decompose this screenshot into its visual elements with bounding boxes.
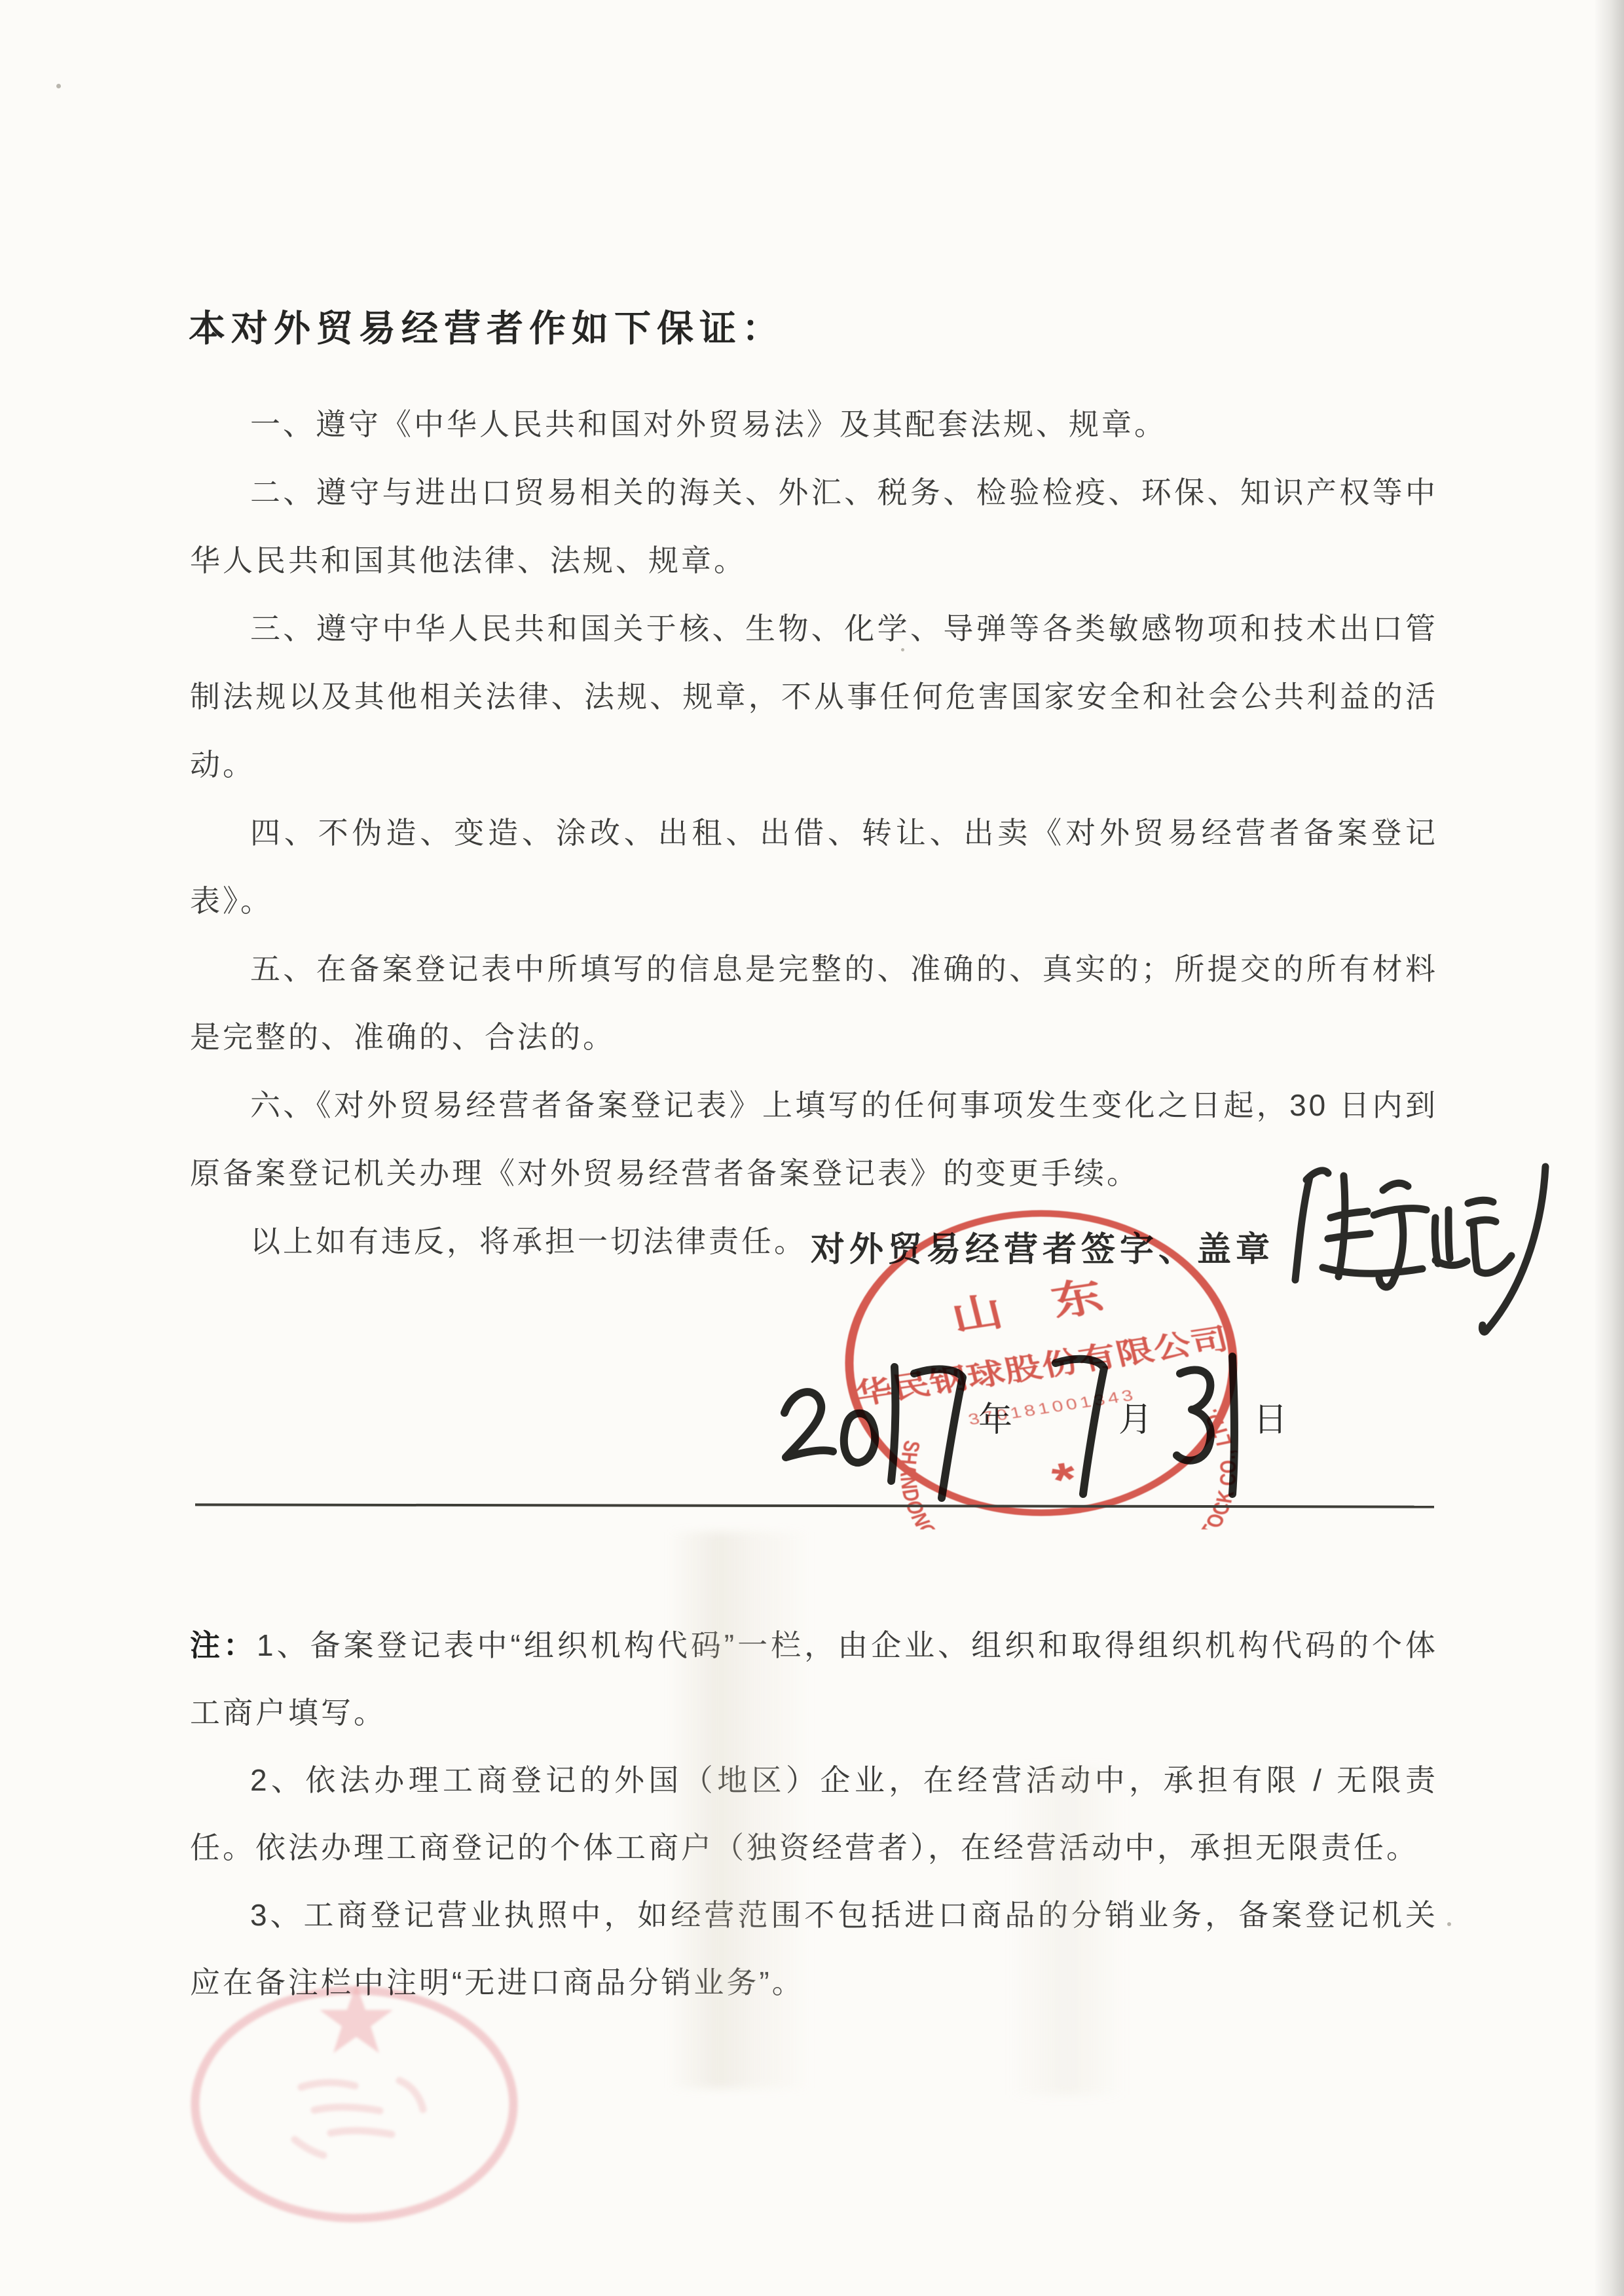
signature-stroke	[1323, 1267, 1422, 1273]
digit-stroke	[844, 1413, 875, 1463]
faint-seal-text-smudges	[295, 2081, 423, 2155]
scan-crease-shadow-2	[1008, 1768, 1126, 2095]
handwritten-month: 7	[1056, 1359, 1104, 1494]
note-label: 注：	[190, 1628, 257, 1662]
digit-stroke	[1177, 1370, 1211, 1461]
handwritten-signature: 侯宇岷	[1270, 1139, 1572, 1375]
handwritten-year: 2017	[784, 1367, 963, 1498]
pledge-item-1: 一、遵守《中华人民共和国对外贸易法》及其配套法规、规章。	[190, 390, 1438, 458]
note-item-2: 2、依法办理工商登记的外国（地区）企业，在经营活动中，承担有限 / 无限责任。依…	[190, 1747, 1438, 1882]
page-title: 本对外贸易经营者作如下保证：	[189, 300, 784, 352]
pledge-item-5: 五、在备案登记表中所填写的信息是完整的、准确的、真实的；所提交的所有材料是完整的…	[190, 935, 1438, 1071]
dust-speck	[56, 84, 61, 88]
signature-stroke	[1328, 1233, 1370, 1239]
faint-government-seal	[183, 1976, 550, 2264]
note-item-1-text: 1、备案登记表中“组织机构代码”一栏，由企业、组织和取得组织机构代码的个体工商户…	[190, 1628, 1438, 1730]
digit-stroke	[891, 1367, 895, 1481]
notes-section: 注：1、备案登记表中“组织机构代码”一栏，由企业、组织和取得组织机构代码的个体工…	[190, 1612, 1438, 2016]
pledge-item-2: 二、遵守与进出口贸易相关的海关、外汇、税务、检验检疫、环保、知识产权等中华人民共…	[190, 458, 1438, 594]
handwritten-date: 2017 7 31	[760, 1336, 1283, 1532]
digit-stroke	[784, 1392, 833, 1457]
digit-stroke	[1056, 1359, 1104, 1494]
signature-stroke	[1473, 1224, 1511, 1273]
scanned-document-page: 本对外贸易经营者作如下保证： 一、遵守《中华人民共和国对外贸易法》及其配套法规、…	[0, 0, 1624, 2296]
dust-speck	[901, 648, 904, 651]
digit-stroke	[914, 1369, 963, 1498]
handwritten-day: 31	[1177, 1357, 1234, 1494]
seal-region-text: 山 东	[946, 1273, 1107, 1339]
pledge-item-6: 六、《对外贸易经营者备案登记表》上填写的任何事项发生变化之日起，30 日内到原备…	[190, 1071, 1438, 1207]
pledge-item-4: 四、不伪造、变造、涂改、出租、出借、转让、出卖《对外贸易经营者备案登记表》。	[190, 799, 1438, 935]
signature-stroke	[1331, 1211, 1367, 1218]
pledge-item-3: 三、遵守中华人民共和国关于核、生物、化学、导弹等各类敏感物项和技术出口管制法规以…	[190, 594, 1438, 799]
scan-crease-shadow	[668, 1532, 812, 2088]
signature-stroke	[1338, 1176, 1345, 1277]
scan-edge-shadow	[1594, 0, 1624, 2296]
signature-stroke	[1435, 1218, 1438, 1264]
digit-stroke	[1232, 1357, 1234, 1494]
signature-stroke	[1383, 1183, 1408, 1190]
signature-stroke	[1295, 1177, 1310, 1280]
signature-stroke	[1449, 1210, 1450, 1258]
pledge-list: 一、遵守《中华人民共和国对外贸易法》及其配套法规、规章。 二、遵守与进出口贸易相…	[190, 390, 1438, 1275]
dust-speck	[1447, 1922, 1451, 1926]
note-item-1: 注：1、备案登记表中“组织机构代码”一栏，由企业、组织和取得组织机构代码的个体工…	[190, 1612, 1438, 1747]
signature-stroke	[1468, 1200, 1493, 1203]
signature-flourish-stroke	[1482, 1167, 1545, 1332]
